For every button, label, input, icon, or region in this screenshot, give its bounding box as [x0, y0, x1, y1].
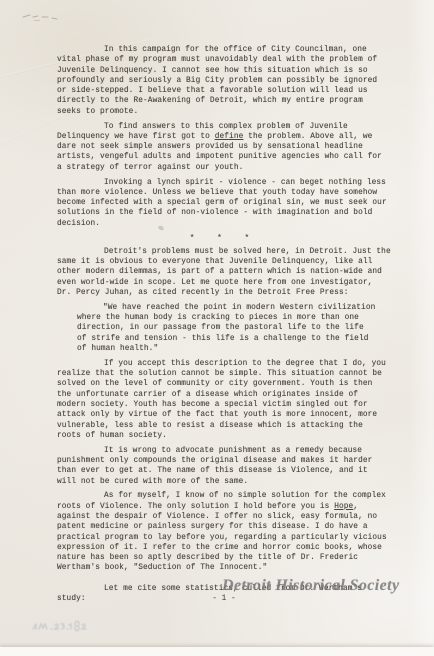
paragraph-hope: As for myself, I know of no simple solut… [57, 491, 391, 573]
accession-stamp-icon [30, 619, 96, 635]
page-number: - 1 - [57, 595, 391, 603]
scan-edge-highlight [408, 0, 434, 656]
detroit-historical-society-watermark: Detroit Historical Society [222, 577, 400, 595]
blockquote-juhan: "We have reached the point in modern Wes… [77, 303, 377, 354]
paragraph-detroit-problems: Detroit's problems must be solved here, … [57, 247, 391, 298]
paragraph-no-simple-solution: If you accept this description to the de… [57, 359, 391, 441]
paragraph-define-problem: To find answers to this complex problem … [57, 122, 391, 173]
paragraph-lynch-spirit: Invoking a lynch spirit - violence - can… [57, 178, 391, 229]
text-run: , against the despair of Violence. I off… [57, 503, 387, 573]
scanned-document-page: In this campaign for the office of City … [0, 0, 434, 656]
underlined-term-define: define [215, 133, 244, 141]
underlined-term-hope: Hope [334, 503, 353, 511]
paragraph-punishment: It is wrong to advocate punishment as a … [57, 446, 391, 487]
asterisk-separator: * * * [57, 234, 391, 244]
body-text: In this campaign for the office of City … [57, 45, 391, 609]
scan-bottom-edge [0, 647, 434, 656]
paragraph-campaign-intro: In this campaign for the office of City … [57, 45, 391, 117]
pencil-annotation-icon [20, 8, 72, 28]
